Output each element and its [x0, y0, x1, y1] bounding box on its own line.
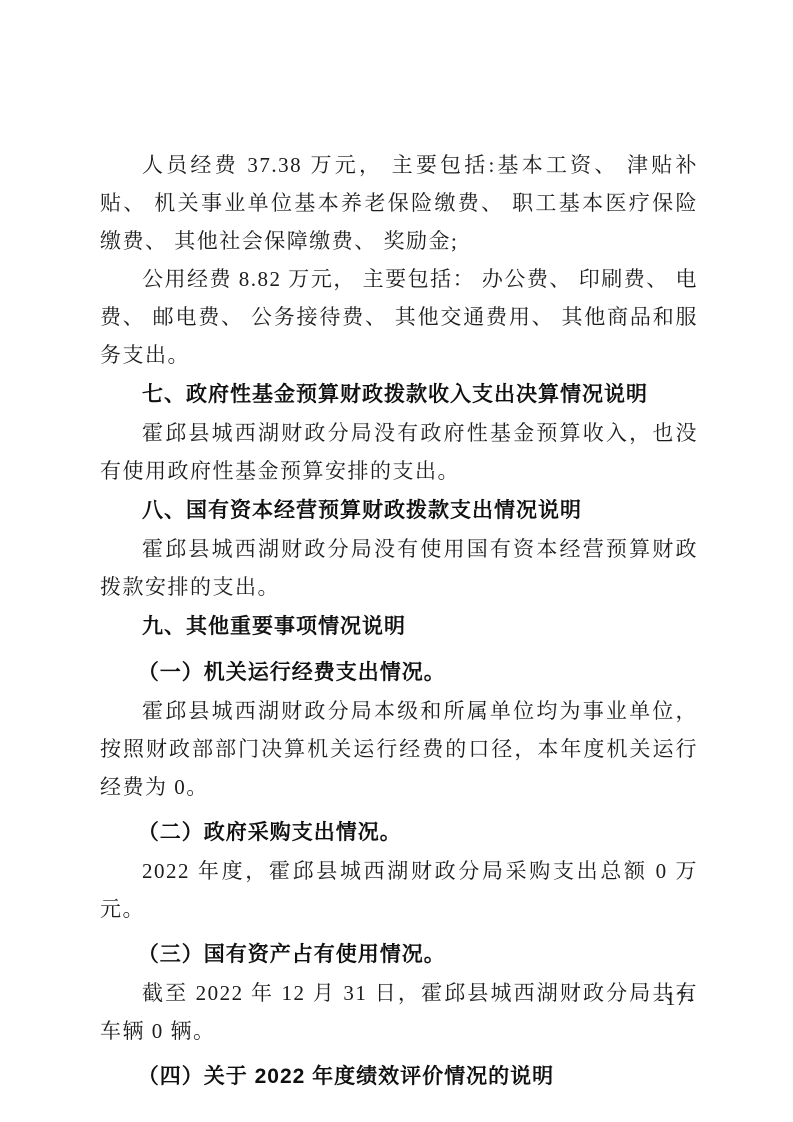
subheading-9-3: （三）国有资产占有使用情况。: [100, 936, 698, 974]
heading-section-9: 九、其他重要事项情况说明: [100, 608, 698, 646]
paragraph-public-expenses: 公用经费 8.82 万元， 主要包括： 办公费、 印刷费、 电费、 邮电费、 公…: [100, 260, 698, 374]
paragraph-9-1: 霍邱县城西湖财政分局本级和所属单位均为事业单位，按照财政部部门决算机关运行经费的…: [100, 692, 698, 806]
paragraph-9-2: 2022 年度，霍邱县城西湖财政分局采购支出总额 0 万元。: [100, 852, 698, 928]
heading-section-8: 八、国有资本经营预算财政拨款支出情况说明: [100, 492, 698, 530]
heading-section-7: 七、政府性基金预算财政拨款收入支出决算情况说明: [100, 376, 698, 414]
subheading-9-4: （四）关于 2022 年度绩效评价情况的说明: [100, 1058, 698, 1096]
document-page: 人员经费 37.38 万元， 主要包括:基本工资、 津贴补贴、 机关事业单位基本…: [0, 0, 793, 1122]
paragraph-personnel-expenses: 人员经费 37.38 万元， 主要包括:基本工资、 津贴补贴、 机关事业单位基本…: [100, 146, 698, 260]
subheading-9-1: （一）机关运行经费支出情况。: [100, 654, 698, 692]
paragraph-section-8: 霍邱县城西湖财政分局没有使用国有资本经营预算财政拨款安排的支出。: [100, 530, 698, 606]
paragraph-section-7: 霍邱县城西湖财政分局没有政府性基金预算收入，也没有使用政府性基金预算安排的支出。: [100, 414, 698, 490]
paragraph-9-3: 截至 2022 年 12 月 31 日，霍邱县城西湖财政分局共有车辆 0 辆。: [100, 974, 698, 1050]
page-number: -17-: [658, 988, 695, 1011]
document-content: 人员经费 37.38 万元， 主要包括:基本工资、 津贴补贴、 机关事业单位基本…: [100, 146, 698, 1096]
subheading-9-2: （二）政府采购支出情况。: [100, 814, 698, 852]
